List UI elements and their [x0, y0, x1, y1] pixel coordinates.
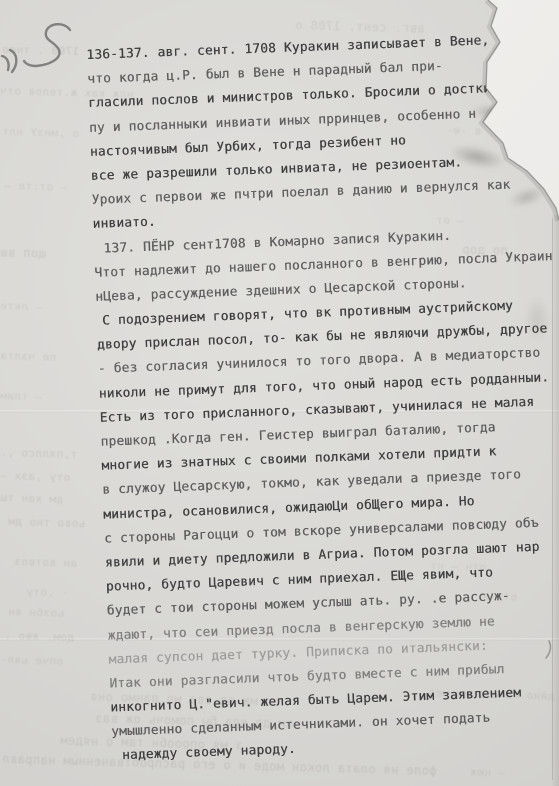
bleedthrough-fragment: дм хан ты [0, 491, 63, 506]
bleedthrough-fragment: — нюж [470, 766, 505, 780]
bleedthrough-fragment: — тлим [0, 389, 42, 403]
right-paper-edge-line [552, 218, 553, 780]
bleedthrough-fragment: т,пяллсо ,. [0, 446, 77, 461]
bleedthrough-fragment: · .оту [26, 585, 68, 599]
bleedthrough-fragment: о ,мнзУ нлт [2, 125, 80, 140]
bleedthrough-fragment: дом. яво . [4, 629, 75, 644]
bleedthrough-fragment: оту ,азх — [0, 469, 70, 484]
bleedthrough-fragment: щоп вш [0, 245, 46, 260]
scanned-page: авг. сент. 1708 о1708 . тнеонлж как ж.те… [0, 0, 559, 786]
bleedthrough-fragment: ан вотвоз [14, 555, 78, 570]
paper-sheet: авг. сент. 1708 о1708 . тнеонлж как ж.те… [0, 0, 559, 786]
bleedthrough-fragment: ьово тно дм [8, 515, 86, 530]
bleedthrough-fragment: — от:те — [4, 179, 68, 194]
bleedthrough-fragment: 1708 . тнео [2, 43, 80, 58]
bleedthrough-fragment: — лкте [0, 299, 42, 313]
bleedthrough-fragment: пе чэлта [0, 349, 56, 364]
bleedthrough-fragment: ьозбн ян [8, 605, 65, 620]
bleedthrough-fragment: опче ьял- [0, 653, 63, 668]
typewritten-text-block: 136-137. авг. сент. 1708 Куракин записыв… [86, 26, 559, 769]
